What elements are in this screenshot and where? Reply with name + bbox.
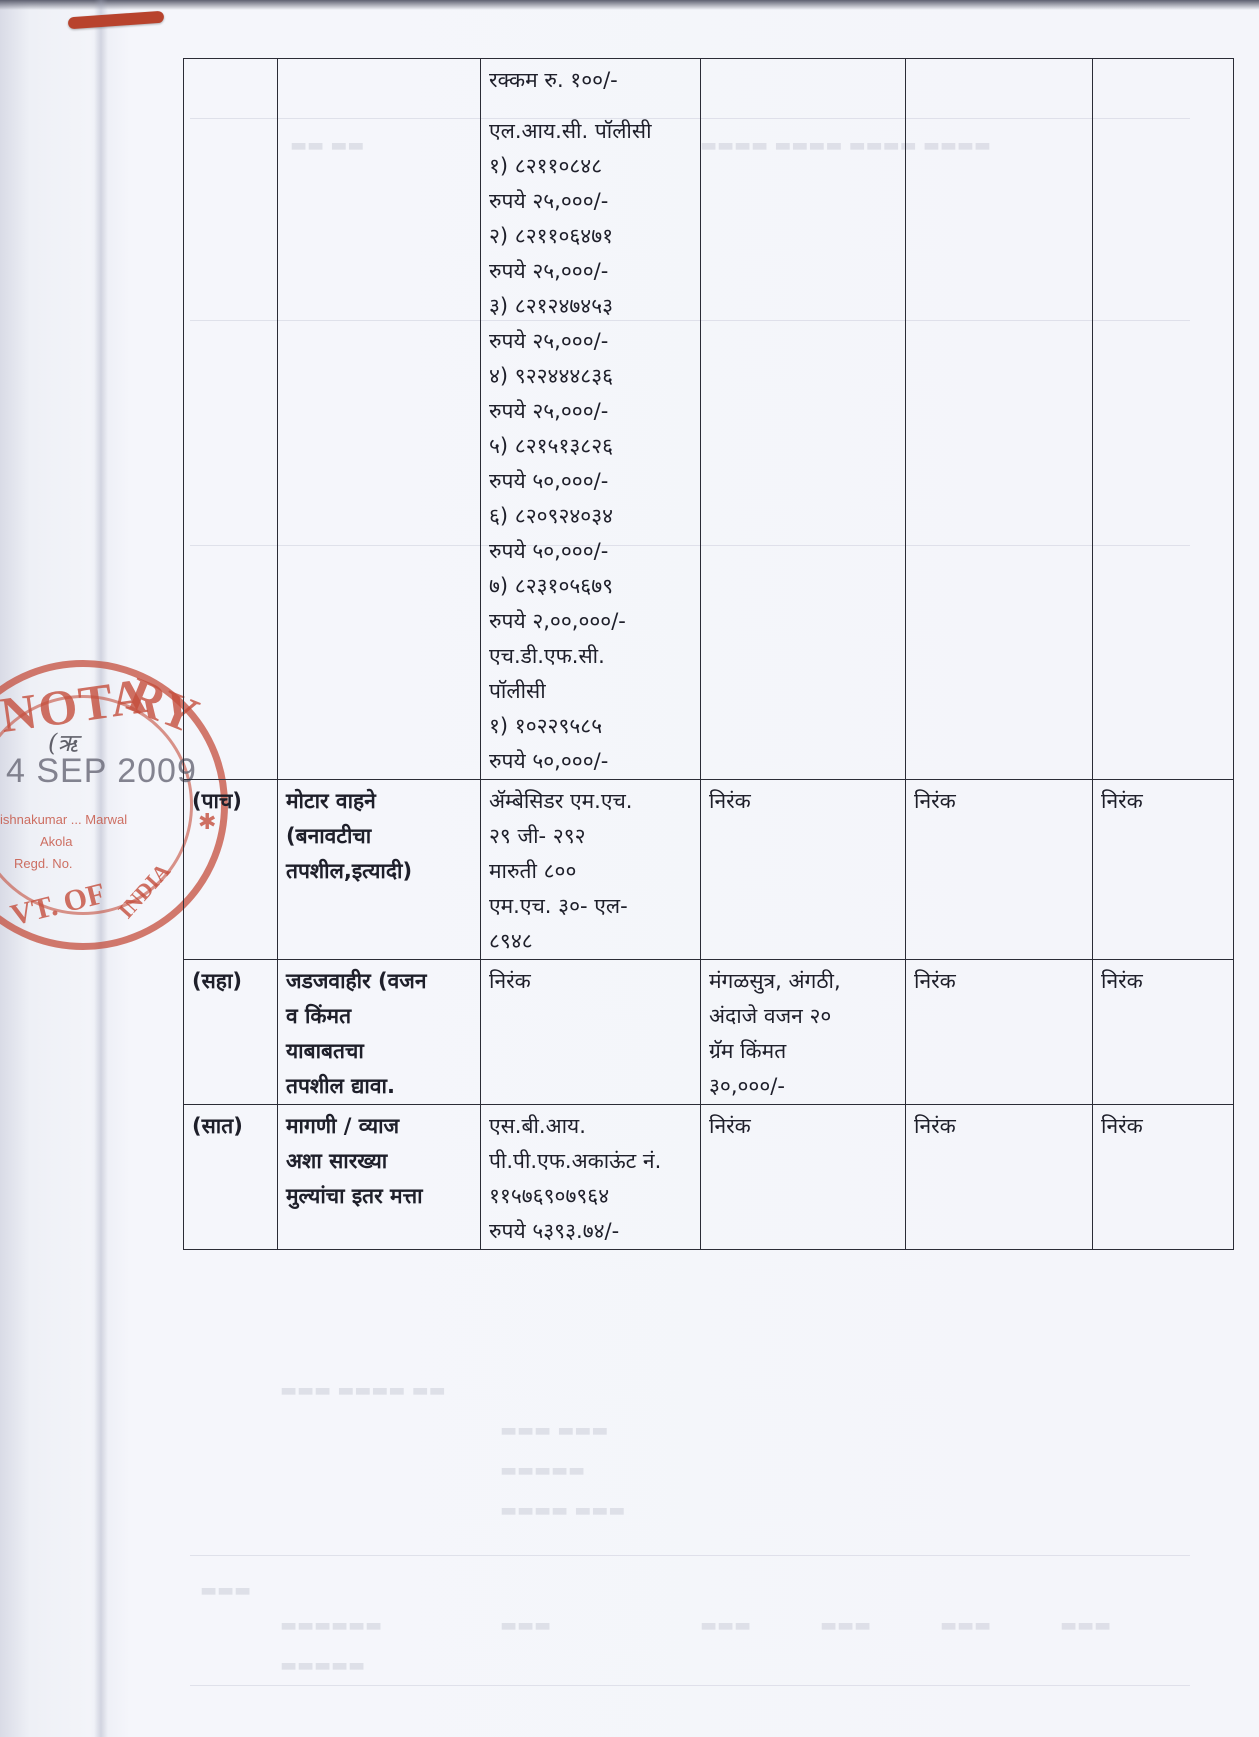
cell-line: रुपये २५,०००/- (489, 184, 692, 219)
cell-line: पॉलीसी (489, 674, 692, 709)
cell-line: निरंक (1101, 964, 1225, 999)
cell-line: एस.बी.आय. (489, 1109, 692, 1144)
cell-line: ५) ८२१५१३८२६ (489, 429, 692, 464)
table-row: (सात)मागणी / व्याजअशा सारख्यामुल्यांचा इ… (184, 1105, 1234, 1250)
table-row: (पाच)मोटार वाहने(बनावटीचातपशील,इत्यादी)ॲ… (184, 780, 1234, 960)
cell-line: रक्कम रु. १००/- (489, 63, 692, 98)
cell-line: (बनावटीचा (286, 819, 472, 854)
cell-line: जडजवाहीर (वजन (286, 964, 472, 999)
cell-line: निरंक (914, 964, 1084, 999)
dependent1-assets-cell: निरंक (906, 1105, 1093, 1250)
dependent2-assets-cell: निरंक (1093, 780, 1234, 960)
cell-line: मारुती ८०० (489, 854, 692, 889)
row-serial: (सहा) (192, 969, 242, 993)
cell-line: व किंमत (286, 999, 472, 1034)
cell-line: ८९४८ (489, 924, 692, 959)
stamp-name: ishnakumar ... Marwal (0, 812, 127, 827)
spouse-assets-cell: निरंक (701, 780, 906, 960)
description-cell: जडजवाहीर (वजनव किंमतयाबाबतचातपशील द्यावा… (278, 960, 481, 1105)
cell-line: एल.आय.सी. पॉलीसी (489, 114, 692, 149)
cell-line: पी.पी.एफ.अकाऊंट नं. (489, 1144, 692, 1179)
cell-line: रुपये ५०,०००/- (489, 464, 692, 499)
description-cell: मोटार वाहने(बनावटीचातपशील,इत्यादी) (278, 780, 481, 960)
cell-line: तपशील,इत्यादी) (286, 854, 472, 889)
cell-line: निरंक (914, 1109, 1084, 1144)
cell-line: १) १०२२९५८५ (489, 709, 692, 744)
table-row-continuation: रक्कम रु. १००/-एल.आय.सी. पॉलीसी१) ८२११०८… (184, 59, 1234, 780)
cell-line: रुपये २५,०००/- (489, 254, 692, 289)
asset-declaration-table: रक्कम रु. १००/-एल.आय.सी. पॉलीसी१) ८२११०८… (183, 58, 1234, 1250)
cell-line (489, 98, 692, 114)
self-assets-cell: एस.बी.आय.पी.पी.एफ.अकाऊंट नं.११५७६९०७९६४र… (481, 1105, 701, 1250)
self-assets-cell: निरंक (481, 960, 701, 1105)
cell-line: २९ जी- २९२ (489, 819, 692, 854)
description-cell (278, 59, 481, 780)
dependent1-assets-cell (906, 59, 1093, 780)
scan-top-edge (0, 0, 1259, 10)
cell-line: निरंक (489, 964, 692, 999)
dependent2-assets-cell: निरंक (1093, 1105, 1234, 1250)
cell-line: रुपये २,००,०००/- (489, 604, 692, 639)
cell-line: रुपये ५३९३.७४/- (489, 1214, 692, 1249)
cell-line: मागणी / व्याज (286, 1109, 472, 1144)
description-cell: मागणी / व्याजअशा सारख्यामुल्यांचा इतर मत… (278, 1105, 481, 1250)
spouse-assets-cell: मंगळसुत्र, अंगठी,अंदाजे वजन २०ग्रॅम किंम… (701, 960, 906, 1105)
table-row: (सहा)जडजवाहीर (वजनव किंमतयाबाबतचातपशील द… (184, 960, 1234, 1105)
self-assets-cell: ॲम्बेसिडर एम.एच.२९ जी- २९२मारुती ८००एम.ए… (481, 780, 701, 960)
binding-thread (68, 11, 165, 30)
row-serial: (सात) (192, 1114, 243, 1138)
cell-line: अशा सारख्या (286, 1144, 472, 1179)
cell-line: रुपये २५,०००/- (489, 394, 692, 429)
cell-line: ३०,०००/- (709, 1069, 897, 1104)
serial-cell (184, 59, 278, 780)
stamp-city: Akola (40, 834, 73, 849)
spouse-assets-cell: निरंक (701, 1105, 906, 1250)
cell-line: निरंक (709, 1109, 897, 1144)
serial-cell: (सहा) (184, 960, 278, 1105)
dependent2-assets-cell (1093, 59, 1234, 780)
cell-line: निरंक (709, 784, 897, 819)
cell-line: तपशील द्यावा. (286, 1069, 472, 1104)
cell-line: ७) ८२३१०५६७९ (489, 569, 692, 604)
dependent1-assets-cell: निरंक (906, 780, 1093, 960)
cell-line: ११५७६९०७९६४ (489, 1179, 692, 1214)
cell-line: अंदाजे वजन २० (709, 999, 897, 1034)
cell-line: रुपये २५,०००/- (489, 324, 692, 359)
row-serial: (पाच) (192, 789, 242, 813)
cell-line: २) ८२११०६४७१ (489, 219, 692, 254)
cell-line: ३) ८२१२४७४५३ (489, 289, 692, 324)
cell-line: एच.डी.एफ.सी. (489, 639, 692, 674)
cell-line: मंगळसुत्र, अंगठी, (709, 964, 897, 999)
cell-line: मुल्यांचा इतर मत्ता (286, 1179, 472, 1214)
cell-line: ४) ९२२४४४८३६ (489, 359, 692, 394)
stamp-footer-end: INDIA (113, 858, 176, 924)
cell-line: ग्रॅम किंमत (709, 1034, 897, 1069)
stamp-regd: Regd. No. (14, 856, 73, 871)
cell-line: रुपये ५०,०००/- (489, 744, 692, 779)
cell-line: १) ८२११०८४८ (489, 149, 692, 184)
serial-cell: (सात) (184, 1105, 278, 1250)
serial-cell: (पाच) (184, 780, 278, 960)
cell-line: निरंक (1101, 784, 1225, 819)
cell-line: निरंक (1101, 1109, 1225, 1144)
dependent2-assets-cell: निरंक (1093, 960, 1234, 1105)
self-assets-cell: रक्कम रु. १००/-एल.आय.सी. पॉलीसी१) ८२११०८… (481, 59, 701, 780)
stamp-date: 4 SEP 2009 (6, 752, 197, 791)
cell-line: मोटार वाहने (286, 784, 472, 819)
cell-line: याबाबतचा (286, 1034, 472, 1069)
cell-line: निरंक (914, 784, 1084, 819)
spouse-assets-cell (701, 59, 906, 780)
page-fold-shadow (94, 0, 108, 1737)
dependent1-assets-cell: निरंक (906, 960, 1093, 1105)
cell-line: ६) ८२०९२४०३४ (489, 499, 692, 534)
cell-line: एम.एच. ३०- एल- (489, 889, 692, 924)
cell-line: रुपये ५०,०००/- (489, 534, 692, 569)
cell-line: ॲम्बेसिडर एम.एच. (489, 784, 692, 819)
